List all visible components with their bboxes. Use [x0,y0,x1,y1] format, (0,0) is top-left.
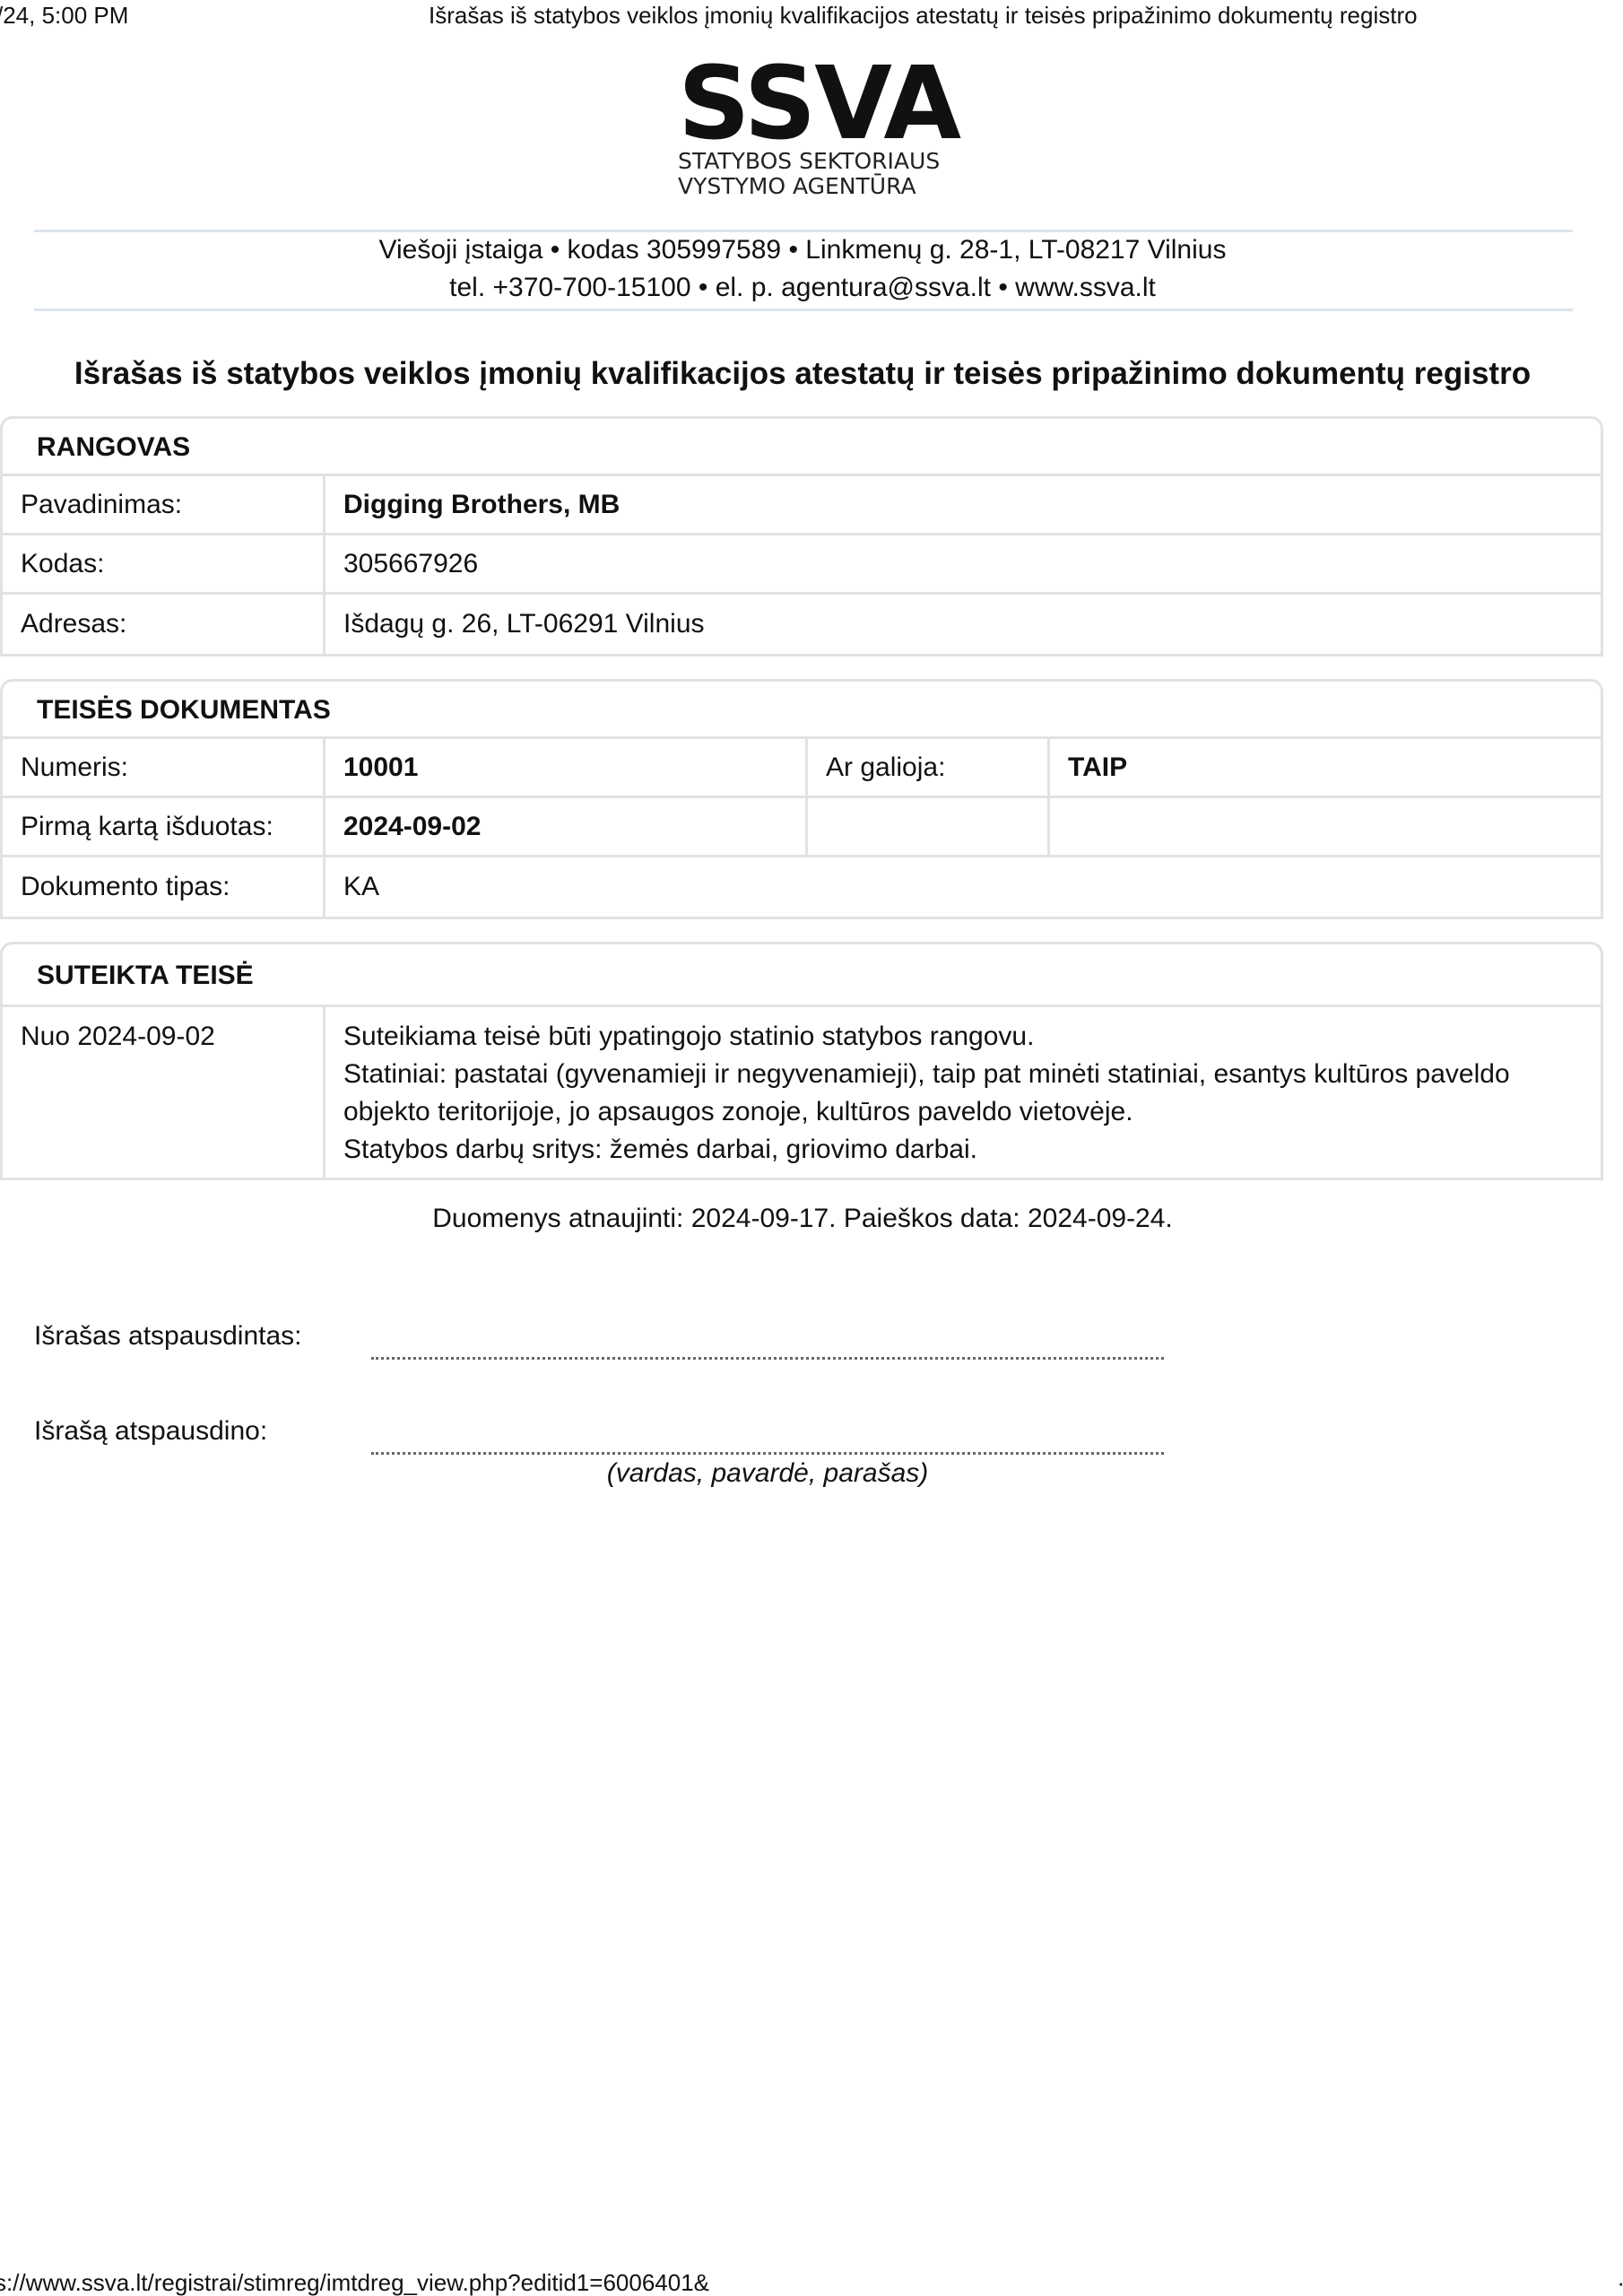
printed-date-line [371,1357,1164,1360]
print-page-title: Išrašas iš statybos veiklos įmonių kvali… [429,0,1418,30]
printed-by-label: Išrašą atspausdino: [34,1413,267,1450]
logo-line-1: STATYBOS SEKTORIAUS [678,149,929,174]
print-page-number: · [1617,2269,1623,2296]
print-url: s://www.ssva.lt/registrai/stimreg/imtdre… [0,2269,709,2296]
document-number: 10001 [323,739,805,796]
field-label: Dokumento tipas: [3,857,323,917]
printed-label: Išrašas atspausdintas: [34,1318,302,1355]
issue-date: 2024-09-02 [323,798,805,855]
right-start-date: Nuo 2024-09-02 [3,1007,323,1178]
data-updated-note: Duomenys atnaujinti: 2024-09-17. Paieško… [0,1200,1605,1238]
header-rule-bottom [34,309,1573,311]
section-heading: SUTEIKTA TEISĖ [3,944,1601,1007]
section-rangovas: RANGOVAS Pavadinimas: Digging Brothers, … [0,416,1603,657]
field-label: Ar galioja: [805,739,1047,796]
contact-line-1: Viešoji įstaiga • kodas 305997589 • Link… [0,231,1605,269]
validity-status: TAIP [1047,739,1601,796]
section-heading: RANGOVAS [3,419,1601,476]
company-code: 305667926 [323,535,1601,592]
print-footer: s://www.ssva.lt/registrai/stimreg/imtdre… [0,2269,1623,2296]
ssva-logo: SSVA STATYBOS SEKTORIAUS VYSTYMO AGENTŪR… [678,59,929,212]
document-title: Išrašas iš statybos veiklos įmonių kvali… [0,352,1605,396]
field-label: Numeris: [3,739,323,796]
right-description-line: Statybos darbų sritys: žemės darbai, gri… [343,1131,977,1169]
section-teises-dokumentas: TEISĖS DOKUMENTAS Numeris: 10001 Ar gali… [0,679,1603,919]
section-heading: TEISĖS DOKUMENTAS [3,682,1601,739]
field-label: Pavadinimas: [3,476,323,533]
company-address: Išdagų g. 26, LT-06291 Vilnius [323,595,1601,654]
table-row: Nuo 2024-09-02 Suteikiama teisė būti ypa… [3,1007,1601,1178]
table-row: Pirmą kartą išduotas: 2024-09-02 [3,798,1601,857]
document-type: KA [323,857,1601,917]
right-description-line: Suteikiama teisė būti ypatingojo statini… [343,1018,1034,1056]
company-name: Digging Brothers, MB [323,476,1601,533]
table-row: Pavadinimas: Digging Brothers, MB [3,476,1601,535]
right-description-line: Statiniai: pastatai (gyvenamieji ir negy… [343,1056,1510,1093]
table-row: Dokumento tipas: KA [3,857,1601,917]
field-label: Kodas: [3,535,323,592]
logo-acronym: SSVA [678,59,929,149]
table-row: Adresas: Išdagų g. 26, LT-06291 Vilnius [3,595,1601,654]
contact-line-2: tel. +370-700-15100 • el. p. agentura@ss… [0,269,1605,307]
empty-cell [1047,798,1601,855]
table-row: Numeris: 10001 Ar galioja: TAIP [3,739,1601,798]
right-description: Suteikiama teisė būti ypatingojo statini… [323,1007,1601,1178]
print-header: /24, 5:00 PM Išrašas iš statybos veiklos… [0,0,1623,30]
field-label: Adresas: [3,595,323,654]
right-description-line: objekto teritorijoje, jo apsaugos zonoje… [343,1093,1133,1131]
logo-line-2: VYSTYMO AGENTŪRA [678,174,929,199]
empty-cell [805,798,1047,855]
section-suteikta-teise: SUTEIKTA TEISĖ Nuo 2024-09-02 Suteikiama… [0,942,1603,1180]
field-label: Pirmą kartą išduotas: [3,798,323,855]
print-timestamp: /24, 5:00 PM [0,0,128,30]
signature-note: (vardas, pavardė, parašas) [371,1455,1164,1492]
table-row: Kodas: 305667926 [3,535,1601,595]
